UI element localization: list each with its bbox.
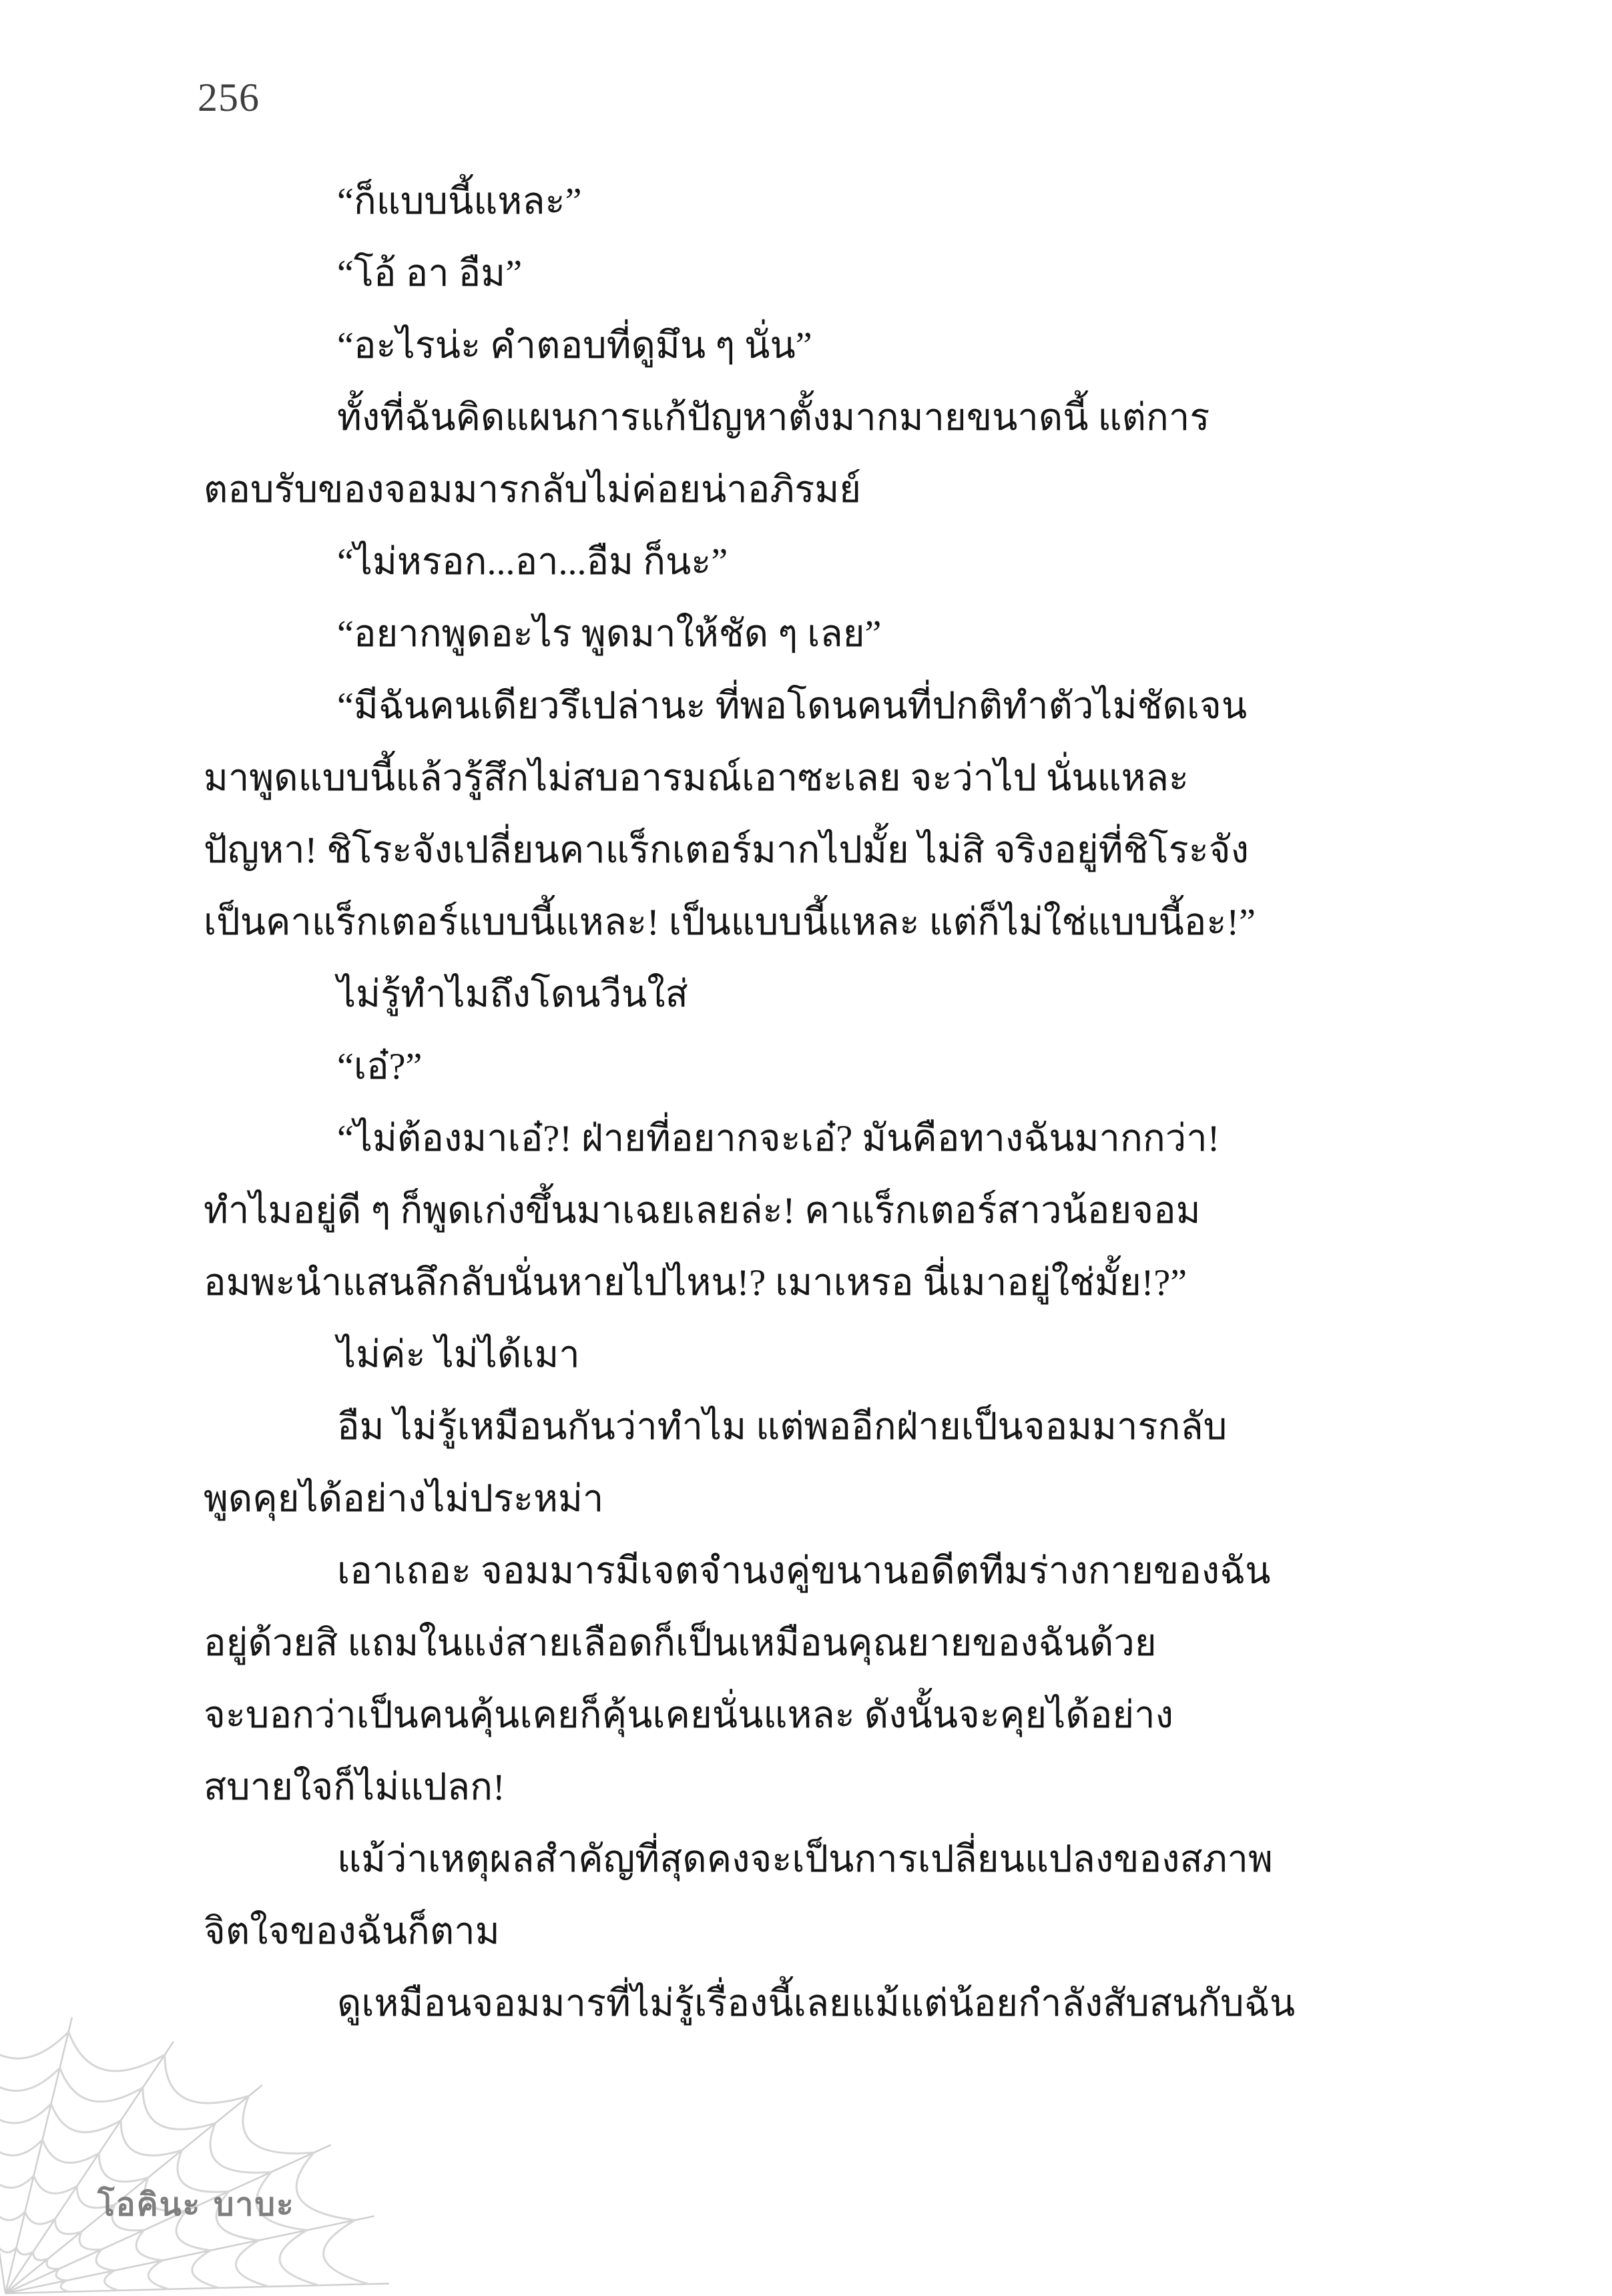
text-line: แม้ว่าเหตุผลสำคัญที่สุดคงจะเป็นการเปลี่ย… — [204, 1823, 1412, 1896]
text-line: “มีฉันคนเดียวรึเปล่านะ ที่พอโดนคนที่ปกติ… — [204, 670, 1412, 742]
spiderweb-icon — [0, 1976, 414, 2296]
text-line: ทั้งที่ฉันคิดแผนการแก้ปัญหาตั้งมากมายขนา… — [204, 382, 1412, 454]
text-line: ปัญหา! ชิโระจังเปลี่ยนคาแร็กเตอร์มากไปมั… — [204, 814, 1412, 886]
text-line: พูดคุยได้อย่างไม่ประหม่า — [204, 1463, 1412, 1535]
text-line: ทำไมอยู่ดี ๆ ก็พูดเก่งขึ้นมาเฉยเลยล่ะ! ค… — [204, 1175, 1412, 1247]
text-line: จะบอกว่าเป็นคนคุ้นเคยก็คุ้นเคยนั่นแหละ ด… — [204, 1679, 1412, 1751]
text-line: ไม่ค่ะ ไม่ได้เมา — [204, 1319, 1412, 1391]
text-line: “โอ้ อา อืม” — [204, 238, 1412, 310]
text-line: “เอ๋?” — [204, 1031, 1412, 1103]
author-watermark: โอคินะ บาบะ — [97, 2184, 295, 2225]
text-line: อยู่ด้วยสิ แถมในแง่สายเลือดก็เป็นเหมือนค… — [204, 1607, 1412, 1679]
page-number: 256 — [198, 77, 260, 117]
text-line: มาพูดแบบนี้แล้วรู้สึกไม่สบอารมณ์เอาซะเลย… — [204, 742, 1412, 814]
book-page: 256 “ก็แบบนี้แหละ”“โอ้ อา อืม”“อะไรน่ะ ค… — [0, 0, 1612, 2296]
text-line: สบายใจก็ไม่แปลก! — [204, 1751, 1412, 1823]
text-line: จิตใจของฉันก็ตาม — [204, 1896, 1412, 1968]
text-line: “ไม่หรอก...อา...อืม ก็นะ” — [204, 526, 1412, 598]
text-line: อืม ไม่รู้เหมือนกันว่าทำไม แต่พออีกฝ่ายเ… — [204, 1391, 1412, 1463]
text-line: เป็นคาแร็กเตอร์แบบนี้แหละ! เป็นแบบนี้แหล… — [204, 886, 1412, 958]
text-line: “ไม่ต้องมาเอ๋?! ฝ่ายที่อยากจะเอ๋? มันคือ… — [204, 1103, 1412, 1175]
text-line: ไม่รู้ทำไมถึงโดนวีนใส่ — [204, 958, 1412, 1031]
text-line: เอาเถอะ จอมมารมีเจตจำนงคู่ขนานอดีตทีมร่า… — [204, 1535, 1412, 1607]
text-line: “ก็แบบนี้แหละ” — [204, 166, 1412, 238]
text-line: “อยากพูดอะไร พูดมาให้ชัด ๆ เลย” — [204, 598, 1412, 670]
text-line: อมพะนำแสนลึกลับนั่นหายไปไหน!? เมาเหรอ นี… — [204, 1247, 1412, 1319]
text-line: ตอบรับของจอมมารกลับไม่ค่อยน่าอภิรมย์ — [204, 454, 1412, 526]
text-column: “ก็แบบนี้แหละ”“โอ้ อา อืม”“อะไรน่ะ คำตอบ… — [204, 166, 1412, 2040]
text-line: “อะไรน่ะ คำตอบที่ดูมึน ๆ นั่น” — [204, 310, 1412, 382]
